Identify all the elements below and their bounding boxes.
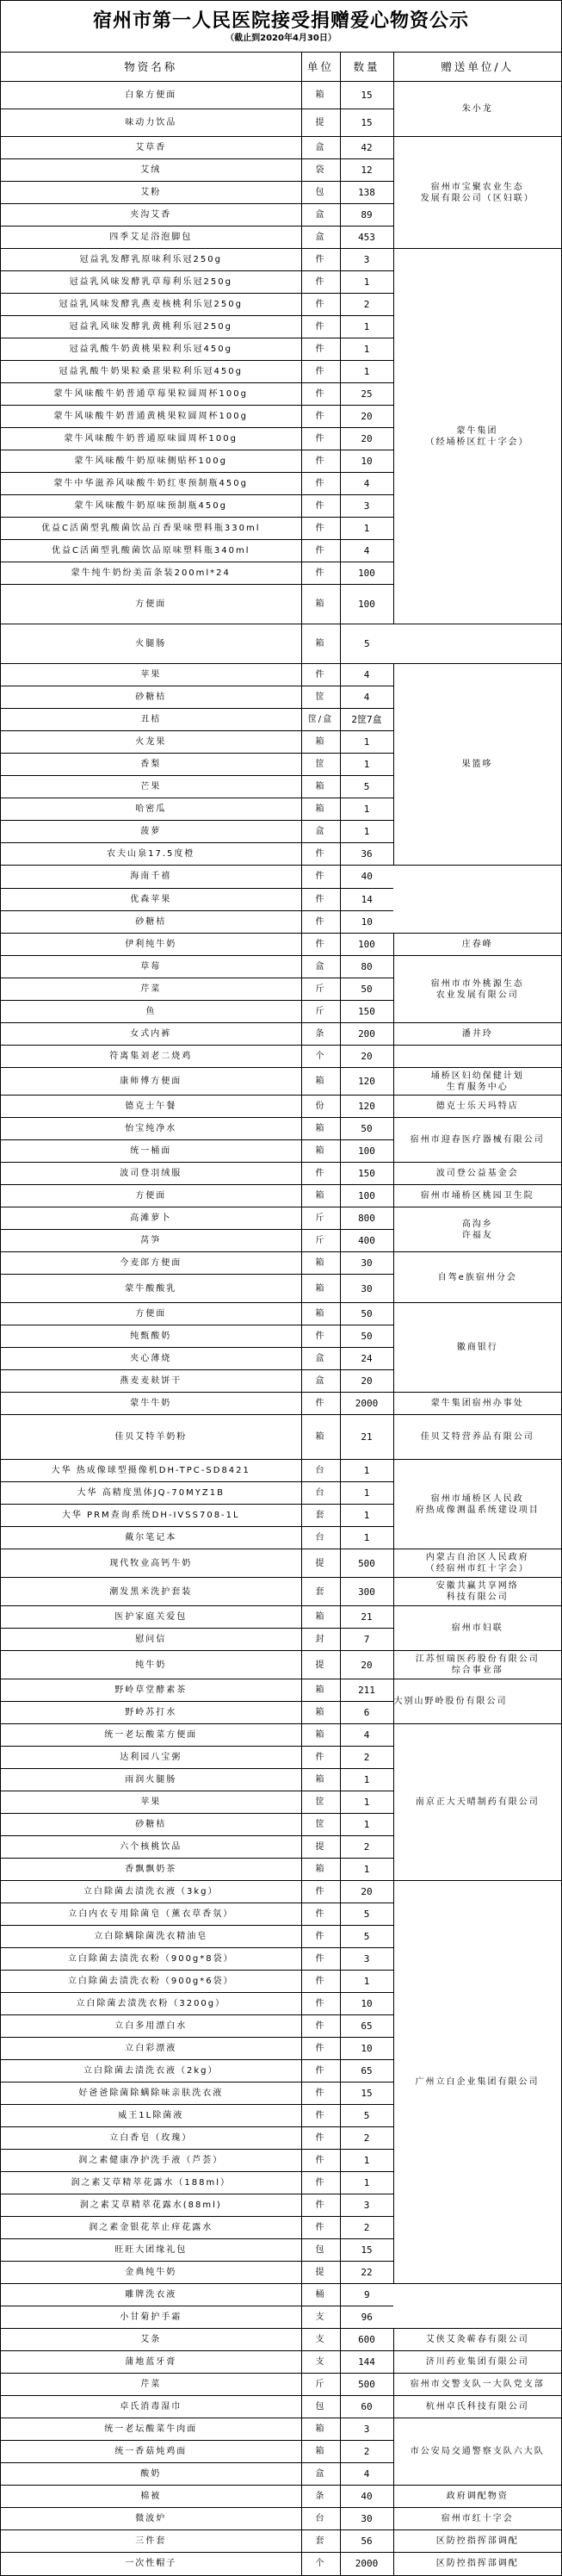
item-qty: 1 <box>340 1971 393 1993</box>
item-name: 冠益乳风味发酵乳草莓利乐冠250g <box>1 271 301 294</box>
item-qty: 100 <box>340 1185 393 1207</box>
item-qty: 56 <box>340 2530 393 2553</box>
item-unit: 箱 <box>301 1275 340 1303</box>
item-qty: 2 <box>340 1747 393 1769</box>
item-name: 野岭苏打水 <box>1 1702 301 1724</box>
item-name: 优益C活菌型乳酸菌饮品原味塑料瓶340ml <box>1 540 301 562</box>
donation-table: 物资名称 单位 数量 赠送单位/人 白象方便面箱15朱小龙味动力饮品提15艾草香… <box>1 53 561 2575</box>
item-qty: 50 <box>340 978 393 1001</box>
item-unit: 筐/盒 <box>301 709 340 731</box>
donor-cell: 济川药业集团有限公司 <box>393 2351 561 2374</box>
donor-cell: 蒙牛集团 （经埇桥区红十字会） <box>393 249 561 624</box>
table-row: 波司登羽绒服件150波司登公益基金会 <box>1 1163 561 1185</box>
item-qty: 100 <box>340 934 393 956</box>
item-qty: 1 <box>340 1814 393 1836</box>
table-row: 现代牧业高钙牛奶提500内蒙古自治区人民政府 （经宿州市红十字会） <box>1 1549 561 1578</box>
item-unit: 件 <box>301 1926 340 1948</box>
item-name: 纯甄酸奶 <box>1 1325 301 1348</box>
item-qty: 5 <box>340 624 393 664</box>
item-unit: 盒 <box>301 1348 340 1370</box>
table-row: 立白除菌去渍洗衣液（3kg）件20广州立白企业集团有限公司 <box>1 1881 561 1903</box>
donor-cell: 宿州市交警支队一大队党支部 <box>393 2374 561 2396</box>
donor-cell: 德克士乐天玛特店 <box>393 1096 561 1118</box>
page-title: 宿州市第一人民医院接受捐赠爱心物资公示 <box>1 1 561 33</box>
donor-cell: 内蒙古自治区人民政府 （经宿州市红十字会） <box>393 1549 561 1578</box>
item-name: 蒙牛风味酸牛奶普通原味圆周杯100g <box>1 428 301 450</box>
item-unit: 盒 <box>301 137 340 159</box>
item-qty: 20 <box>340 1651 393 1679</box>
item-name: 农夫山泉17.5度橙 <box>1 843 301 866</box>
item-qty: 40 <box>340 866 393 888</box>
item-name: 大华 热成像球型摄像机DH-TPC-SD8421 <box>1 1460 301 1482</box>
item-unit: 件 <box>301 2150 340 2172</box>
item-name: 香飘飘奶茶 <box>1 1859 301 1881</box>
item-unit: 台 <box>301 1460 340 1482</box>
item-qty: 1 <box>340 316 393 338</box>
item-unit: 条 <box>301 1023 340 1046</box>
item-qty: 150 <box>340 1163 393 1185</box>
item-name: 慰问信 <box>1 1629 301 1651</box>
item-unit: 件 <box>301 271 340 294</box>
item-qty: 15 <box>340 82 393 109</box>
table-row: 艾条支600艾侠艾灸蕲春有限公司 <box>1 2329 561 2351</box>
item-unit: 筐 <box>301 1791 340 1814</box>
donor-cell: 政府调配物资 <box>393 2486 561 2508</box>
item-qty: 453 <box>340 227 393 249</box>
table-row: 三件套套56区防控指挥部调配 <box>1 2530 561 2553</box>
item-name: 优森苹果 <box>1 888 301 910</box>
item-unit: 盒 <box>301 821 340 843</box>
item-name: 润之素艾草精萃花露水(88ml) <box>1 2194 301 2217</box>
item-qty: 4 <box>340 1724 393 1747</box>
item-name: 怡宝纯净水 <box>1 1118 301 1140</box>
item-name: 大华 PRM查询系统DH-IVSS708-1L <box>1 1505 301 1527</box>
item-unit: 箱 <box>301 776 340 798</box>
item-unit: 件 <box>301 2172 340 2194</box>
item-name: 纯牛奶 <box>1 1651 301 1679</box>
item-qty: 21 <box>340 1606 393 1629</box>
table-row: 苹果件4果篮哆 <box>1 664 561 686</box>
item-qty: 1 <box>340 2172 393 2194</box>
item-unit: 件 <box>301 2105 340 2127</box>
item-qty: 2 <box>340 1836 393 1859</box>
item-qty: 2000 <box>340 2553 393 2575</box>
item-qty: 15 <box>340 2083 393 2105</box>
donor-cell: 果篮哆 <box>393 664 561 866</box>
table-row: 草莓盒80宿州市市外桃源生态 农业发展有限公司 <box>1 956 561 978</box>
item-qty: 20 <box>340 1046 393 1068</box>
item-qty: 100 <box>340 562 393 585</box>
item-unit: 件 <box>301 1881 340 1903</box>
donor-cell: 宿州市埇桥区桃园卫生院 <box>393 1185 561 1207</box>
item-name: 丑桔 <box>1 709 301 731</box>
item-qty: 5 <box>340 776 393 798</box>
donor-cell: 杭州卓氏科技有限公司 <box>393 2396 561 2418</box>
item-name: 立白除菌去渍洗衣粉（900g*8袋） <box>1 1948 301 1971</box>
table-row: 符离集刘老二烧鸡个20 <box>1 1046 561 1068</box>
item-name: 艾粉 <box>1 182 301 204</box>
table-row: 野岭草堂酵素茶箱211大别山野岭股份有限公司 <box>1 1679 561 1702</box>
table-row: 纯牛奶提20江苏恒瑞医药股份有限公司 综合事业部 <box>1 1651 561 1679</box>
table-body: 白象方便面箱15朱小龙味动力饮品提15艾草香盒42宿州市宝聚农业生态 发展有限公… <box>1 82 561 2575</box>
table-row: 微波炉台30宿州市红十字会 <box>1 2508 561 2530</box>
item-unit: 件 <box>301 495 340 518</box>
donor-cell: 蒙牛集团宿州办事处 <box>393 1393 561 1415</box>
item-name: 旺旺大团缘礼包 <box>1 2239 301 2262</box>
item-qty: 22 <box>340 2262 393 2284</box>
item-qty: 6 <box>340 1702 393 1724</box>
item-name: 蒙牛中华滋养风味酸牛奶红枣预制瓶450g <box>1 473 301 495</box>
table-row: 方便面箱100宿州市埇桥区桃园卫生院 <box>1 1185 561 1207</box>
item-name: 苹果 <box>1 1791 301 1814</box>
item-unit: 件 <box>301 361 340 383</box>
table-row: 潮发黑米洗护套装套300安徽共赢共享网络 科技有限公司 <box>1 1578 561 1606</box>
item-qty: 3 <box>340 249 393 271</box>
item-name: 白象方便面 <box>1 82 301 109</box>
item-name: 现代牧业高钙牛奶 <box>1 1549 301 1578</box>
item-qty: 1 <box>340 271 393 294</box>
table-row: 方便面箱50徽商银行 <box>1 1303 561 1325</box>
item-unit: 支 <box>301 2351 340 2374</box>
title-block: 宿州市第一人民医院接受捐赠爱心物资公示 （截止到2020年4月30日） <box>1 1 561 53</box>
item-unit: 筐 <box>301 686 340 709</box>
donor-cell: 安徽共赢共享网络 科技有限公司 <box>393 1578 561 1606</box>
item-unit: 件 <box>301 1993 340 2015</box>
item-name: 雕牌洗衣液 <box>1 2284 301 2306</box>
item-qty: 4 <box>340 664 393 686</box>
item-unit: 盒 <box>301 204 340 227</box>
item-name: 蒙牛风味酸牛奶普通草莓果粒圆周杯100g <box>1 383 301 406</box>
item-name: 芒果 <box>1 776 301 798</box>
item-name: 蒙牛牛奶 <box>1 1393 301 1415</box>
item-unit: 桶 <box>301 2284 340 2306</box>
donor-cell: 市公安局交通警察支队六大队 <box>393 2418 561 2486</box>
table-row: 芹菜斤500宿州市交警支队一大队党支部 <box>1 2374 561 2396</box>
item-unit: 箱 <box>301 2441 340 2463</box>
item-name: 统一香菇炖鸡面 <box>1 2441 301 2463</box>
item-name: 苹果 <box>1 664 301 686</box>
item-unit: 件 <box>301 338 340 361</box>
item-unit: 筐 <box>301 754 340 776</box>
donor-cell: 徽商银行 <box>393 1303 561 1393</box>
item-name: 三件套 <box>1 2530 301 2553</box>
donor-cell: 南京正大天晴制药有限公司 <box>393 1724 561 1881</box>
item-qty: 400 <box>340 1230 393 1252</box>
item-unit: 件 <box>301 888 340 910</box>
item-name: 好爸爸除菌除螨除味亲肤洗衣液 <box>1 2083 301 2105</box>
item-unit: 条 <box>301 2486 340 2508</box>
item-qty: 138 <box>340 182 393 204</box>
item-name: 潮发黑米洗护套装 <box>1 1578 301 1606</box>
table-row: 今麦郎方便面箱30自驾e族宿州分会 <box>1 1252 561 1275</box>
item-unit: 件 <box>301 2127 340 2150</box>
item-qty: 50 <box>340 1303 393 1325</box>
item-unit: 支 <box>301 2306 340 2329</box>
item-unit: 件 <box>301 1903 340 1926</box>
donor-cell: 宿州市宝聚农业生态 发展有限公司（区妇联） <box>393 137 561 249</box>
item-unit: 箱 <box>301 731 340 754</box>
item-name: 立白彩漂液 <box>1 2038 301 2060</box>
item-unit: 封 <box>301 1629 340 1651</box>
item-name: 四季艾足浴泡脚包 <box>1 227 301 249</box>
item-qty: 1 <box>340 821 393 843</box>
item-qty: 1 <box>340 2150 393 2172</box>
table-row: 统一老坛酸菜牛肉面箱3市公安局交通警察支队六大队 <box>1 2418 561 2441</box>
item-name: 立白内衣专用除菌皂（薰衣草香氛） <box>1 1903 301 1926</box>
item-unit: 台 <box>301 1527 340 1549</box>
item-qty: 144 <box>340 2351 393 2374</box>
item-unit: 箱 <box>301 1303 340 1325</box>
item-name: 香梨 <box>1 754 301 776</box>
item-name: 立白多用漂白水 <box>1 2015 301 2038</box>
item-name: 大华 高精度黑体JQ-70MYZ1B <box>1 1482 301 1505</box>
item-name: 润之素艾草精萃花露水（188ml） <box>1 2172 301 2194</box>
item-unit: 包 <box>301 182 340 204</box>
item-name: 蒙牛酸酸乳 <box>1 1275 301 1303</box>
header-unit: 单位 <box>301 53 340 82</box>
item-qty: 80 <box>340 956 393 978</box>
item-name: 艾条 <box>1 2329 301 2351</box>
donor-cell <box>393 1046 561 1068</box>
item-name: 蒙牛风味酸牛奶原味预制瓶450g <box>1 495 301 518</box>
item-unit: 件 <box>301 866 340 888</box>
item-unit: 件 <box>301 383 340 406</box>
item-name: 医护家庭关爱包 <box>1 1606 301 1629</box>
table-row: 小甘菊护手霜支96 <box>1 2306 561 2329</box>
item-unit: 件 <box>301 1971 340 1993</box>
table-row: 火腿肠箱5 <box>1 624 561 664</box>
item-qty: 4 <box>340 473 393 495</box>
item-unit: 件 <box>301 2083 340 2105</box>
item-name: 符离集刘老二烧鸡 <box>1 1046 301 1068</box>
item-unit: 箱 <box>301 1118 340 1140</box>
item-unit: 件 <box>301 294 340 316</box>
item-unit: 套 <box>301 1505 340 1527</box>
item-unit: 件 <box>301 540 340 562</box>
item-name: 冠益乳酸牛奶果粒桑葚果粒利乐冠450g <box>1 361 301 383</box>
item-qty: 1 <box>340 1859 393 1881</box>
item-unit: 件 <box>301 2217 340 2239</box>
item-name: 立白香皂（玫瑰） <box>1 2127 301 2150</box>
item-qty: 30 <box>340 1275 393 1303</box>
item-unit: 包 <box>301 2239 340 2262</box>
item-qty: 30 <box>340 2508 393 2530</box>
item-name: 威王1L除菌液 <box>1 2105 301 2127</box>
donor-cell: 区防控指挥部调配 <box>393 2553 561 2575</box>
item-name: 棉被 <box>1 2486 301 2508</box>
table-row: 艾草香盒42宿州市宝聚农业生态 发展有限公司（区妇联） <box>1 137 561 159</box>
item-name: 艾绒 <box>1 159 301 182</box>
item-name: 微波炉 <box>1 2508 301 2530</box>
item-name: 夹沟艾香 <box>1 204 301 227</box>
table-row: 统一老坛酸菜方便面箱4南京正大天晴制药有限公司 <box>1 1724 561 1747</box>
item-name: 芹菜 <box>1 978 301 1001</box>
item-qty: 1 <box>340 754 393 776</box>
item-qty: 500 <box>340 1549 393 1578</box>
item-name: 金典纯牛奶 <box>1 2262 301 2284</box>
item-unit: 提 <box>301 2262 340 2284</box>
item-unit: 件 <box>301 450 340 473</box>
table-row: 佳贝艾特羊奶粉箱21佳贝艾特营养品有限公司 <box>1 1415 561 1460</box>
item-name: 立白除菌去渍洗衣液（3kg） <box>1 1881 301 1903</box>
item-name: 哈密瓜 <box>1 798 301 821</box>
item-qty: 65 <box>340 2060 393 2083</box>
item-qty: 25 <box>340 383 393 406</box>
item-name: 六个核桃饮品 <box>1 1836 301 1859</box>
item-qty: 7 <box>340 1629 393 1651</box>
item-name: 冠益乳发酵乳原味利乐冠250g <box>1 249 301 271</box>
item-name: 立白除菌去渍洗衣粉（3200g） <box>1 1993 301 2015</box>
item-name: 润之素健康净护洗手液（芦荟） <box>1 2150 301 2172</box>
item-qty: 1 <box>340 798 393 821</box>
table-row: 康师傅方便面箱120埇桥区妇幼保健计划 生育服务中心 <box>1 1068 561 1096</box>
item-name: 佳贝艾特羊奶粉 <box>1 1415 301 1460</box>
item-qty: 2 <box>340 2441 393 2463</box>
item-unit: 件 <box>301 1948 340 1971</box>
item-name: 德克士午餐 <box>1 1096 301 1118</box>
item-name: 方便面 <box>1 1185 301 1207</box>
item-qty: 42 <box>340 137 393 159</box>
item-name: 冠益乳酸牛奶黄桃果粒利乐冠450g <box>1 338 301 361</box>
item-qty: 12 <box>340 159 393 182</box>
item-name: 砂糖桔 <box>1 686 301 709</box>
item-name: 戴尔笔记本 <box>1 1527 301 1549</box>
donor-cell: 宿州市迎春医疗器械有限公司 <box>393 1118 561 1163</box>
item-qty: 4 <box>340 2463 393 2486</box>
item-name: 小甘菊护手霜 <box>1 2306 301 2329</box>
item-unit: 件 <box>301 1325 340 1348</box>
item-qty: 100 <box>340 1140 393 1163</box>
item-qty: 20 <box>340 406 393 428</box>
item-name: 砂糖桔 <box>1 910 301 933</box>
item-qty: 89 <box>340 204 393 227</box>
item-qty: 5 <box>340 1903 393 1926</box>
item-name: 莴笋 <box>1 1230 301 1252</box>
item-qty: 1 <box>340 1527 393 1549</box>
item-qty: 1 <box>340 338 393 361</box>
item-unit: 箱 <box>301 1724 340 1747</box>
item-name: 达利园八宝粥 <box>1 1747 301 1769</box>
item-name: 燕麦麦麸饼干 <box>1 1370 301 1393</box>
item-qty: 50 <box>340 1325 393 1348</box>
table-row: 海南千禧件40 <box>1 866 561 888</box>
item-qty: 5 <box>340 2105 393 2127</box>
table-row: 蒙牛牛奶件2000蒙牛集团宿州办事处 <box>1 1393 561 1415</box>
donor-cell: 广州立白企业集团有限公司 <box>393 1881 561 2284</box>
header-donor: 赠送单位/人 <box>393 53 561 82</box>
item-qty: 300 <box>340 1578 393 1606</box>
item-unit: 盒 <box>301 956 340 978</box>
item-qty: 60 <box>340 2396 393 2418</box>
item-qty: 120 <box>340 1068 393 1096</box>
item-unit: 盒 <box>301 2463 340 2486</box>
item-qty: 15 <box>340 2239 393 2262</box>
item-name: 夹心薄烧 <box>1 1348 301 1370</box>
item-name: 艾草香 <box>1 137 301 159</box>
item-unit: 件 <box>301 2015 340 2038</box>
item-qty: 30 <box>340 1252 393 1275</box>
item-qty: 9 <box>340 2284 393 2306</box>
item-unit: 盒 <box>301 1370 340 1393</box>
item-unit: 套 <box>301 1578 340 1606</box>
item-qty: 10 <box>340 910 393 933</box>
item-unit: 箱 <box>301 798 340 821</box>
item-name: 立白除菌去渍洗衣液（2kg） <box>1 2060 301 2083</box>
item-unit: 件 <box>301 249 340 271</box>
item-qty: 100 <box>340 585 393 624</box>
table-row: 大华 热成像球型摄像机DH-TPC-SD8421台1宿州市埇桥区人民政 府热成像… <box>1 1460 561 1482</box>
item-unit: 箱 <box>301 1606 340 1629</box>
item-name: 草莓 <box>1 956 301 978</box>
donor-cell: 自驾e族宿州分会 <box>393 1252 561 1303</box>
table-row: 医护家庭关爱包箱21宿州市妇联 <box>1 1606 561 1629</box>
header-row: 物资名称 单位 数量 赠送单位/人 <box>1 53 561 82</box>
item-unit: 支 <box>301 2329 340 2351</box>
item-name: 海南千禧 <box>1 866 301 888</box>
item-unit: 件 <box>301 428 340 450</box>
item-qty: 211 <box>340 1679 393 1702</box>
item-name: 火腿肠 <box>1 624 301 664</box>
item-unit: 箱 <box>301 1769 340 1791</box>
item-unit: 箱 <box>301 1140 340 1163</box>
item-unit: 筐 <box>301 1814 340 1836</box>
item-name: 立白除螨除菌洗衣精油皂 <box>1 1926 301 1948</box>
item-name: 润之素金银花萃止痒花露水 <box>1 2217 301 2239</box>
item-qty: 20 <box>340 1370 393 1393</box>
item-unit: 提 <box>301 1549 340 1578</box>
donor-cell: 大别山野岭股份有限公司 <box>393 1679 561 1724</box>
item-qty: 36 <box>340 843 393 866</box>
donor-cell: 宿州市市外桃源生态 农业发展有限公司 <box>393 956 561 1023</box>
item-qty: 1 <box>340 518 393 540</box>
item-name: 鱼 <box>1 1001 301 1023</box>
item-unit: 提 <box>301 1836 340 1859</box>
item-qty: 1 <box>340 1769 393 1791</box>
item-name: 女式内裤 <box>1 1023 301 1046</box>
item-unit: 件 <box>301 934 340 956</box>
item-name: 火龙果 <box>1 731 301 754</box>
item-unit: 件 <box>301 406 340 428</box>
table-row: 优森苹果件14 <box>1 888 561 910</box>
item-qty: 10 <box>340 2038 393 2060</box>
item-qty: 2000 <box>340 1393 393 1415</box>
item-qty: 20 <box>340 428 393 450</box>
item-unit: 箱 <box>301 1252 340 1275</box>
donor-cell: 朱小龙 <box>393 82 561 137</box>
item-name: 蒙牛风味酸牛奶普通黄桃果粒圆周杯100g <box>1 406 301 428</box>
item-qty: 21 <box>340 1415 393 1460</box>
item-qty: 10 <box>340 1993 393 2015</box>
item-name: 今麦郎方便面 <box>1 1252 301 1275</box>
item-qty: 20 <box>340 1881 393 1903</box>
item-qty: 2 <box>340 294 393 316</box>
item-unit: 件 <box>301 2038 340 2060</box>
item-unit: 斤 <box>301 2374 340 2396</box>
table-row: 砂糖桔件10 <box>1 910 561 933</box>
item-name: 卓氏消毒湿巾 <box>1 2396 301 2418</box>
item-qty: 24 <box>340 1348 393 1370</box>
item-name: 伊利纯牛奶 <box>1 934 301 956</box>
item-unit: 箱 <box>301 1185 340 1207</box>
header-name: 物资名称 <box>1 53 301 82</box>
table-row: 棉被条40政府调配物资 <box>1 2486 561 2508</box>
donor-cell: 宿州市妇联 <box>393 1606 561 1651</box>
item-qty: 2 <box>340 2127 393 2150</box>
item-qty: 1 <box>340 1460 393 1482</box>
item-name: 芹菜 <box>1 2374 301 2396</box>
item-unit: 箱 <box>301 1859 340 1881</box>
table-row: 伊利纯牛奶件100庄春峰 <box>1 934 561 956</box>
